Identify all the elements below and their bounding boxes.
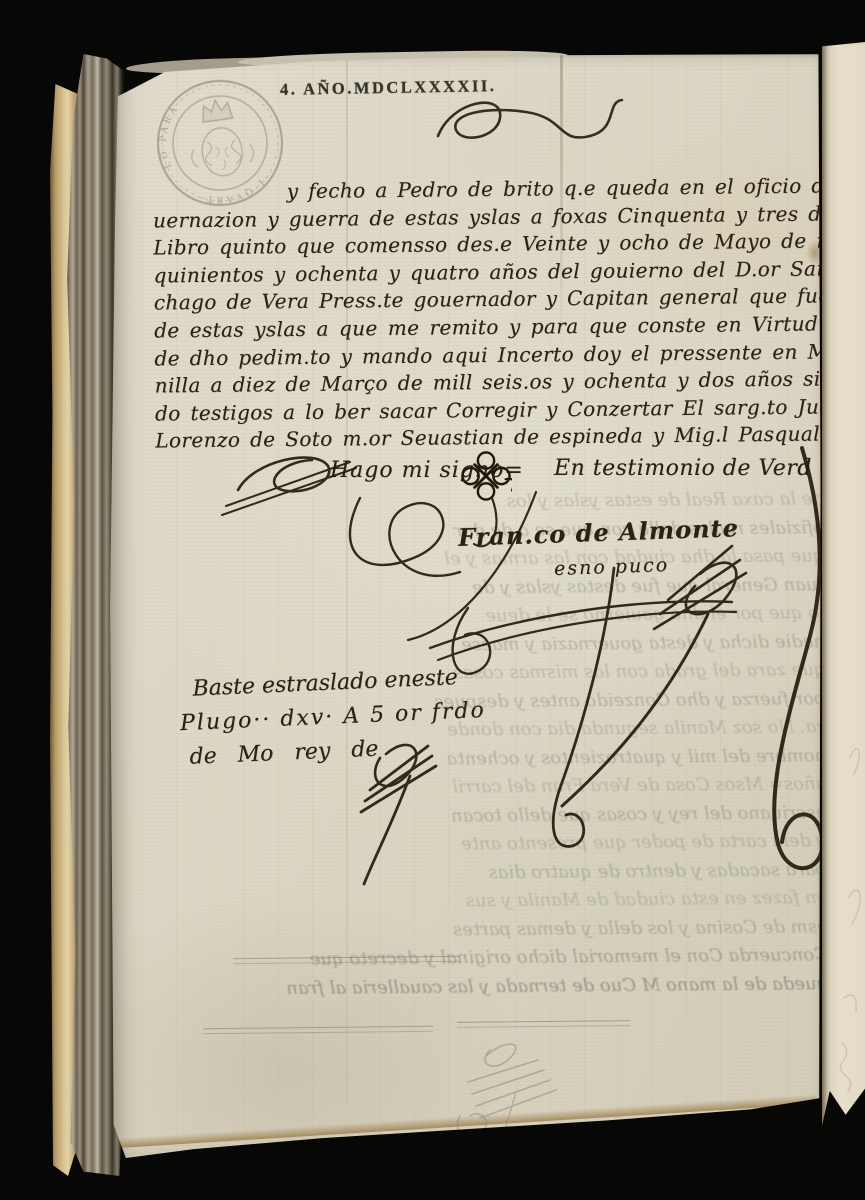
pencil-scribble bbox=[448, 1032, 568, 1162]
sign-phrase-right: En testimonio de Verd bbox=[554, 456, 812, 481]
ghost-line: escriuano del rey y cosas que dello toca… bbox=[179, 799, 827, 833]
seal-crown-icon bbox=[200, 98, 232, 122]
seal-supporters-icon bbox=[191, 142, 255, 170]
notary-note: Baste estraslado eneste Plugo·· dxv· A 5… bbox=[156, 660, 488, 776]
ghost-underline bbox=[457, 1020, 630, 1028]
manuscript-page: de la caxa Real de estas yslas y los ofi… bbox=[108, 52, 822, 1158]
ghost-line: en fazez en esta ciudad de Manila y sus bbox=[179, 884, 827, 918]
body-text: y fecho a Pedro de brito q.e queda en el… bbox=[153, 173, 820, 456]
notarial-sign-icon bbox=[460, 448, 512, 504]
ghost-line: queda de la mano M Cuo de ternada y las … bbox=[180, 970, 828, 1004]
next-page-faint-marks bbox=[822, 42, 865, 1130]
bottom-deckle-edge bbox=[118, 1094, 817, 1148]
manuscript-scan-photo: de la caxa Real de estas yslas y los ofi… bbox=[0, 0, 865, 1200]
ghost-underline bbox=[203, 1026, 433, 1034]
seal-shield-icon bbox=[199, 125, 245, 178]
ghost-line: Juan General que fue destas yslas y de bbox=[177, 571, 825, 605]
ghost-line: y dela carta de poder que presento ante bbox=[179, 827, 827, 861]
ghost-line: esm de Cosina y los della y demas partes bbox=[180, 913, 828, 947]
signature-name: Fran.co de Almonte bbox=[458, 513, 740, 552]
signature-title: esno puco bbox=[554, 554, 670, 580]
ghost-line: nadie dicha y desta gouernazia y maese bbox=[177, 628, 825, 662]
ghost-line: años= Msos Cosa de Vera Fran del carril bbox=[178, 770, 826, 804]
stamp-year-line: 4. AÑO.MDCLXXXXII. bbox=[280, 76, 500, 100]
ghost-underline bbox=[233, 956, 460, 964]
ghost-line: para sacadas y dentro de quatro dias bbox=[179, 856, 827, 890]
next-page-edge bbox=[822, 42, 865, 1130]
ghost-line: lo que por el dho gouierno se le deue bbox=[177, 599, 825, 633]
